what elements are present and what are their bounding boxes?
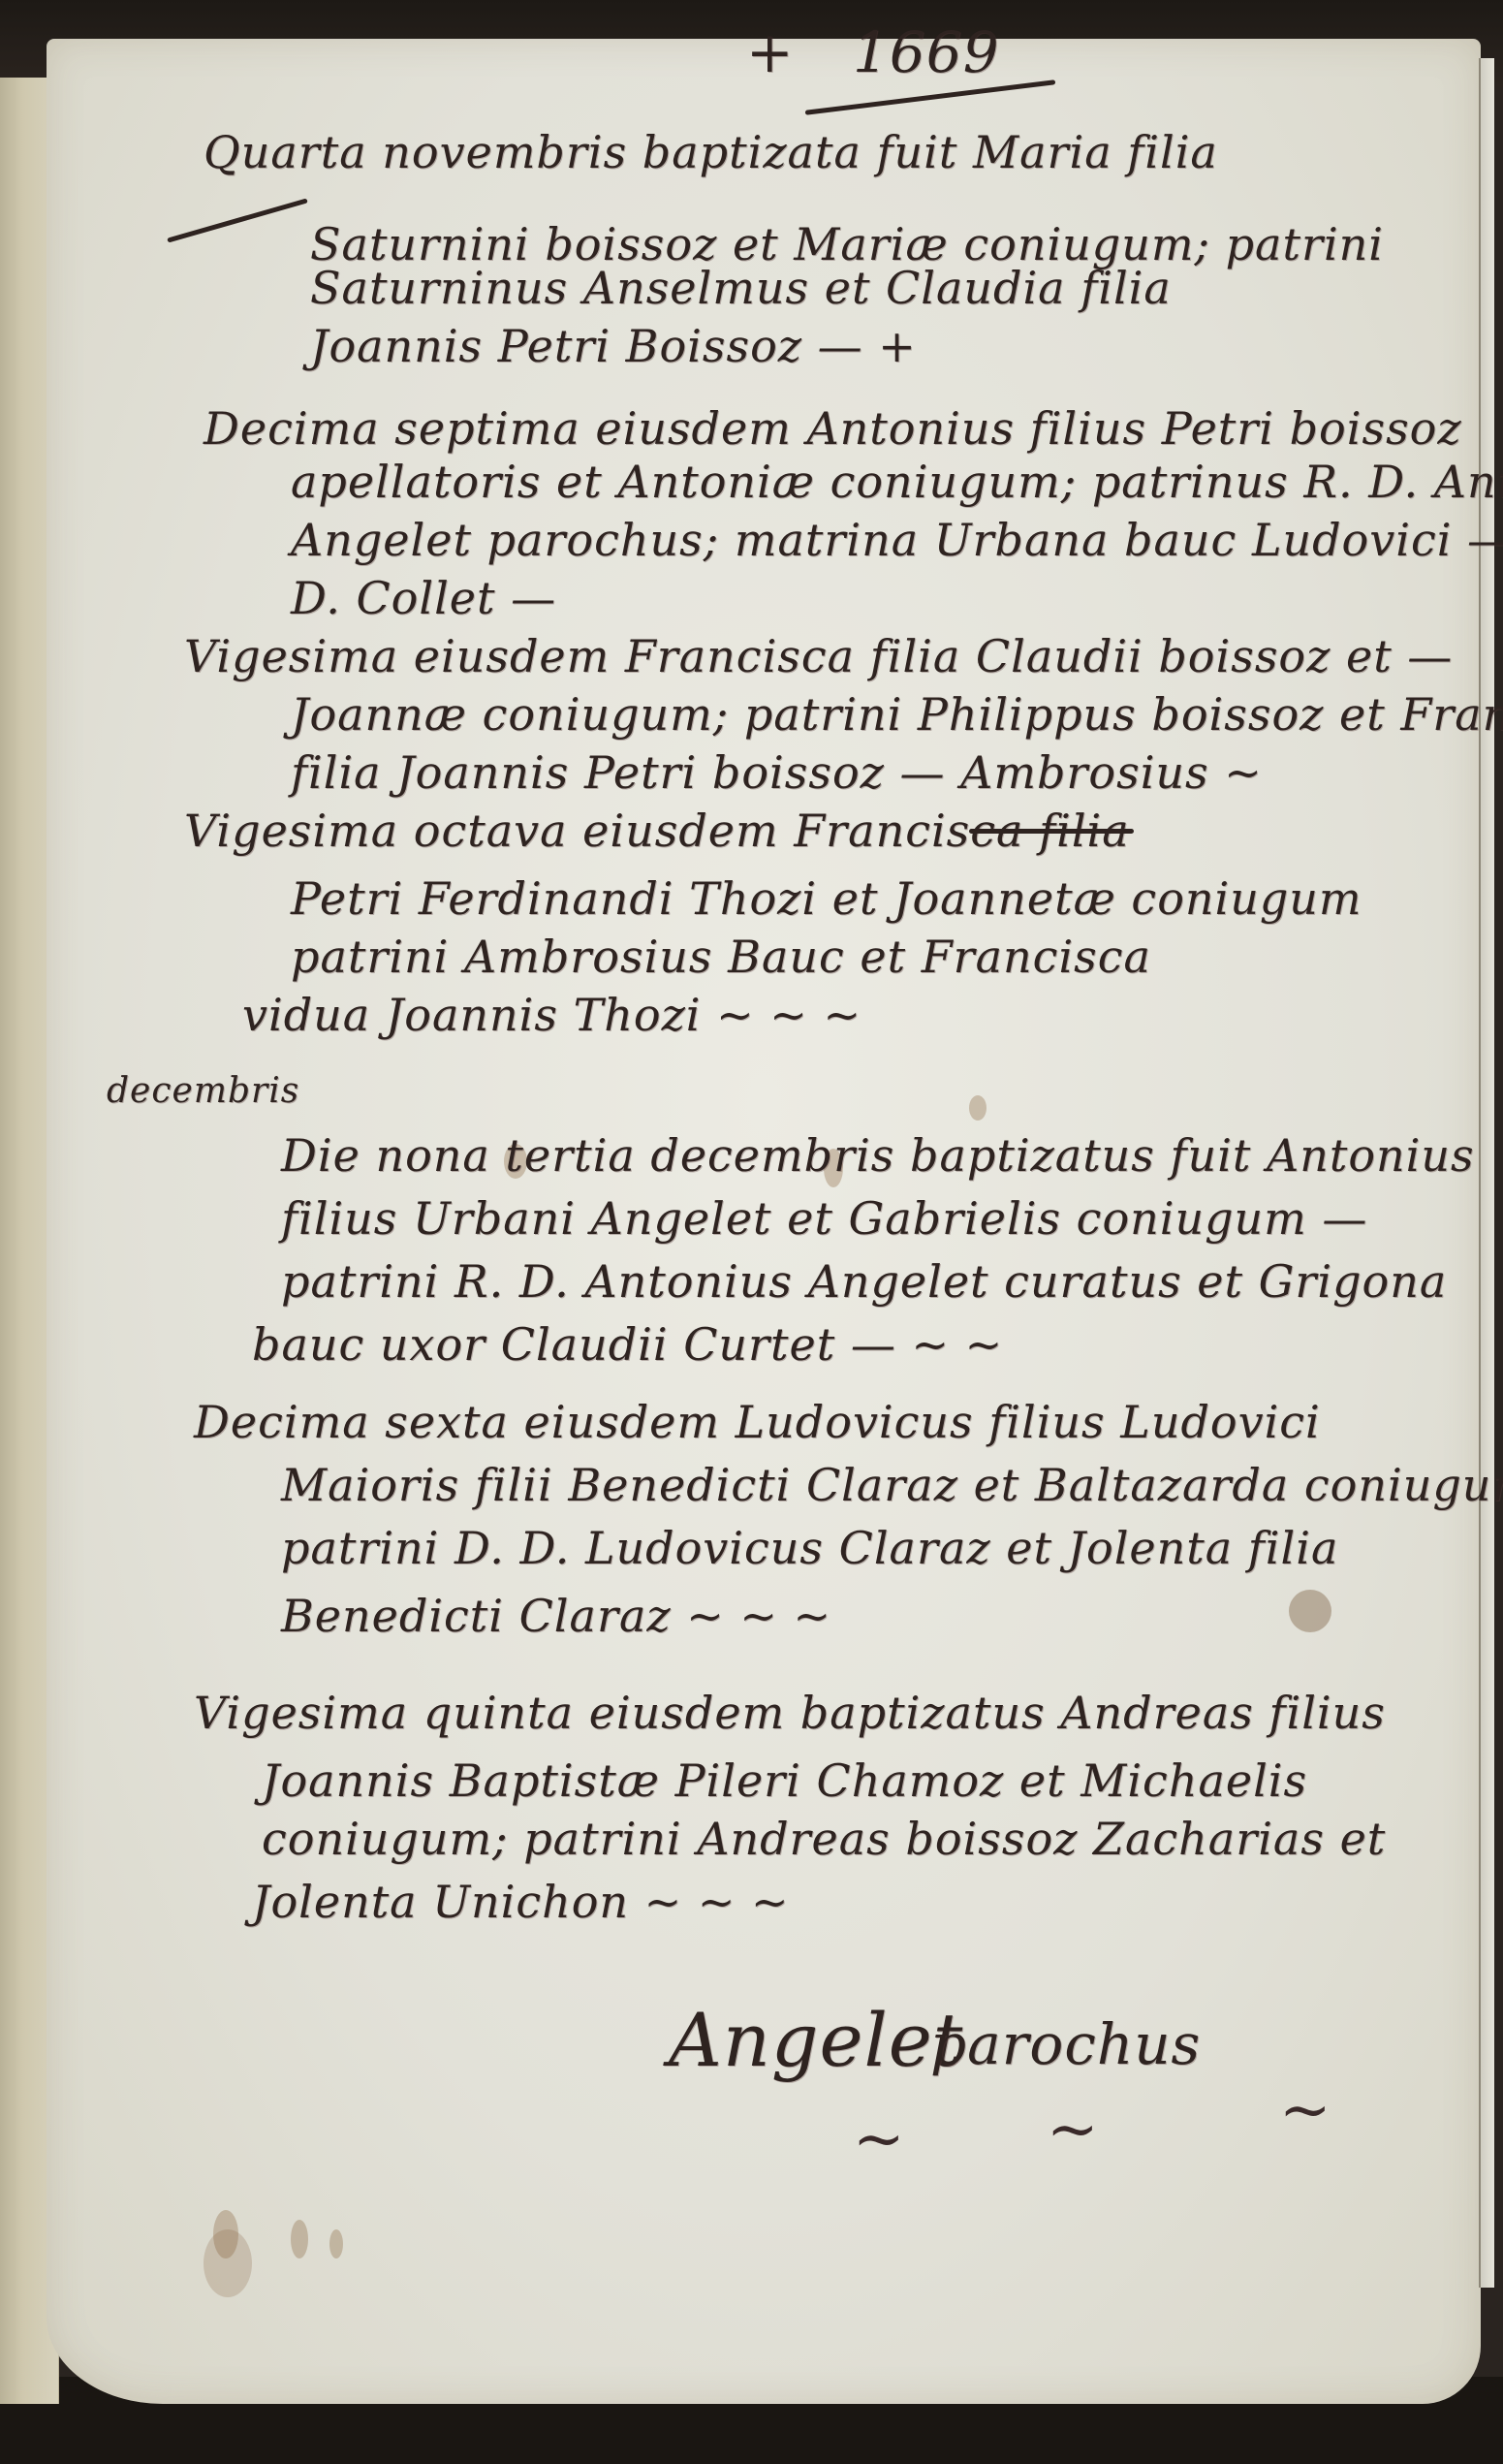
ink-stain — [329, 2229, 343, 2259]
ink-stain — [1289, 1590, 1331, 1632]
entry-line: bauc uxor Claudii Curtet — ~ ~ — [252, 1318, 1003, 1371]
closing-flourish: ~ — [1047, 2094, 1099, 2165]
section-heading: decembris — [107, 1071, 299, 1111]
page-edge — [1479, 58, 1494, 2288]
entry-line: Saturninus Anselmus et Claudia filia — [310, 262, 1172, 314]
closing-flourish: ~ — [853, 2103, 905, 2175]
entry-line: patrini Ambrosius Bauc et Francisca — [291, 931, 1151, 983]
ink-stain — [291, 2220, 308, 2259]
entry-line: Vigesima quinta eiusdem baptizatus Andre… — [194, 1687, 1386, 1739]
entry-line: Joannæ coniugum; patrini Philippus boiss… — [291, 688, 1503, 741]
entry-line: apellatoris et Antoniæ coniugum; patrinu… — [291, 456, 1503, 508]
entry-line: filia Joannis Petri boissoz — Ambrosius … — [291, 746, 1263, 799]
entry-line: Vigesima eiusdem Francisca filia Claudii… — [184, 630, 1453, 682]
entry-line: Quarta novembris baptizata fuit Maria fi… — [204, 126, 1218, 178]
entry-line: Decima sexta eiusdem Ludovicus filius Lu… — [194, 1396, 1321, 1448]
entry-line: Benedicti Claraz ~ ~ ~ — [281, 1590, 831, 1642]
header-year: 1669 — [853, 19, 1000, 85]
entry-line: vidua Joannis Thozi ~ ~ ~ — [242, 989, 861, 1041]
entry-line: Angelet parochus; matrina Urbana bauc Lu… — [291, 514, 1503, 566]
strikethrough-line — [969, 829, 1134, 834]
ink-stain — [969, 1095, 986, 1121]
entry-line: Maioris filii Benedicti Claraz et Baltaz… — [281, 1459, 1503, 1511]
entry-line: patrini R. D. Antonius Angelet curatus e… — [281, 1255, 1447, 1308]
entry-line: Jolenta Unichon ~ ~ ~ — [252, 1876, 790, 1928]
entry-line: Die nona tertia decembris baptizatus fui… — [281, 1129, 1475, 1182]
entry-line: Joannis Baptistæ Pileri Chamoz et Michae… — [262, 1754, 1307, 1807]
entry-line: Decima septima eiusdem Antonius filius P… — [204, 402, 1462, 455]
signature-title: parochus — [930, 2011, 1201, 2077]
entry-line: coniugum; patrini Andreas boissoz Zachar… — [262, 1813, 1386, 1865]
entry-line: Joannis Petri Boissoz — + — [310, 320, 917, 372]
ink-stain — [213, 2210, 238, 2259]
entry-line: Petri Ferdinandi Thozi et Joannetæ coniu… — [291, 872, 1362, 925]
header-cross: + — [746, 19, 795, 85]
closing-flourish: ~ — [1279, 2074, 1331, 2146]
entry-line: D. Collet — — [291, 572, 556, 624]
entry-line: filius Urbani Angelet et Gabrielis coniu… — [281, 1192, 1367, 1245]
signature-name: Angelet — [669, 1997, 963, 2083]
entry-line: patrini D. D. Ludovicus Claraz et Jolent… — [281, 1522, 1338, 1574]
